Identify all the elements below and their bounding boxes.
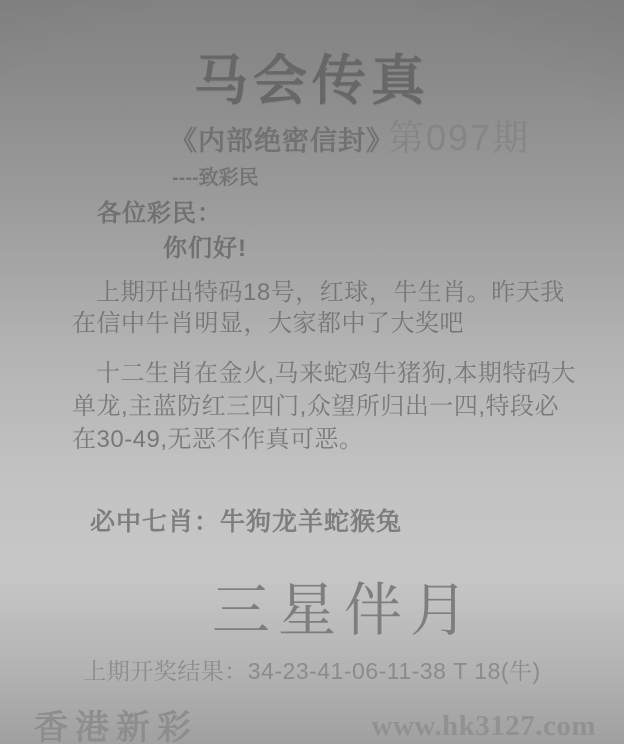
seven-zodiac-tip: 必中七肖：牛狗龙羊蛇猴兔 xyxy=(90,502,402,538)
last-result-value: 34-23-41-06-11-38 T 18(牛) xyxy=(248,658,541,684)
paragraph-line: 上期开出特码18号，红球，牛生肖。昨天我 xyxy=(72,277,577,308)
fax-sheet: 马会传真 《内部绝密信封》 第097期 ----致彩民 各位彩民： 你们好! 上… xyxy=(0,0,624,744)
slogan: 三星伴月 xyxy=(0,563,624,647)
greeting: 你们好! xyxy=(163,228,247,263)
page-title: 马会传真 xyxy=(0,38,624,115)
paragraph-prediction: 十二生肖在金火,马来蛇鸡牛猪狗,本期特码大 单龙,主蓝防红三四门,众望所归出一四… xyxy=(72,357,577,456)
paragraph-line: 十二生肖在金火,马来蛇鸡牛猪狗,本期特码大 xyxy=(72,357,577,390)
paragraph-previous-draw: 上期开出特码18号，红球，牛生肖。昨天我 在信中牛肖明显，大家都中了大奖吧 xyxy=(72,277,577,339)
salutation: 各位彩民： xyxy=(97,193,222,228)
website-url: www.hk3127.com xyxy=(371,710,596,743)
seven-zodiac-value: 牛狗龙羊蛇猴兔 xyxy=(220,508,402,536)
paragraph-line: 单龙,主蓝防红三四门,众望所归出一四,特段必 xyxy=(72,390,577,423)
envelope-subtitle: 《内部绝密信封》 xyxy=(170,119,394,158)
brand-name: 香港新彩 xyxy=(34,700,198,744)
paragraph-line: 在信中牛肖明显，大家都中了大奖吧 xyxy=(72,308,577,339)
last-result-line: 上期开奖结果：34-23-41-06-11-38 T 18(牛) xyxy=(0,653,624,686)
seven-zodiac-label: 必中七肖： xyxy=(90,508,220,536)
paragraph-line: 在30-49,无恶不作真可恶。 xyxy=(72,423,577,456)
dedication-line: ----致彩民 xyxy=(172,161,259,190)
last-result-label: 上期开奖结果： xyxy=(83,658,248,684)
issue-number: 第097期 xyxy=(388,110,530,161)
